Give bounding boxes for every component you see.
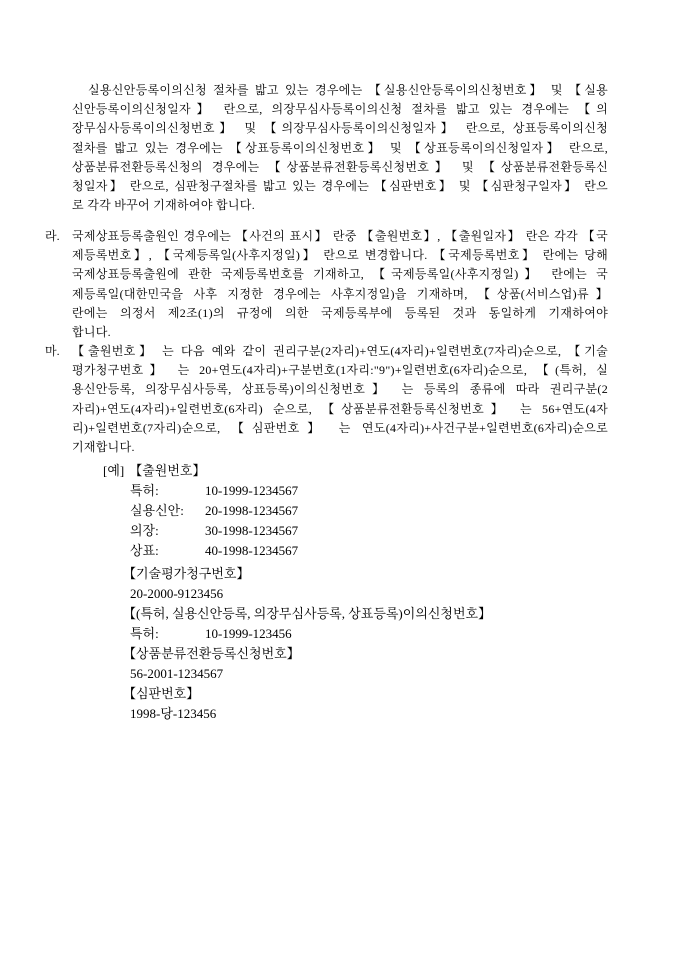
example-group-value: 1998-당-123456 bbox=[103, 704, 491, 724]
text-line: 기재합니다. bbox=[72, 438, 608, 457]
text-line: 로 각각 바꾸어 기재하여야 합니다. bbox=[72, 196, 608, 215]
list-item-label: 라. bbox=[45, 227, 60, 246]
example-row-value: 10-1999-123456 bbox=[205, 626, 292, 641]
example-group-value: 20-2000-9123456 bbox=[103, 584, 491, 604]
list-item-label: 마. bbox=[45, 342, 60, 361]
example-row: 상표:40-1998-1234567 bbox=[103, 541, 491, 561]
text-line: 제등록일(대한민국을 사후 지정한 경우에는 사후지정일)을 기재하며, 【상품… bbox=[72, 285, 608, 304]
text-line: 장무심사등록이의신청번호】 및 【의장무심사등록이의신청일자】 란으로, 상표등… bbox=[72, 119, 608, 138]
example-group-title: 【심판번호】 bbox=[103, 684, 491, 704]
example-prefix: [예] bbox=[103, 463, 124, 478]
example-row: 의장:30-1998-1234567 bbox=[103, 521, 491, 541]
text-line: 합니다. bbox=[72, 323, 608, 342]
list-item-ma: 마. 【출원번호】 는 다음 예와 같이 권리구분(2자리)+연도(4자리)+일… bbox=[72, 342, 608, 457]
example-row: 특허:10-1999-123456 bbox=[103, 624, 491, 644]
text-line: 국제상표등록출원인 경우에는 【사건의 표시】 란중 【출원번호】, 【출원일자… bbox=[72, 227, 608, 246]
example-group-title: 【기술평가청구번호】 bbox=[103, 564, 491, 584]
document-page: 실용신안등록이의신청 절차를 밟고 있는 경우에는 【실용신안등록이의신청번호】… bbox=[0, 0, 680, 962]
text-line: 용신안등록, 의장무심사등록, 상표등록)이의신청번호】 는 등록의 종류에 따… bbox=[72, 380, 608, 399]
text-line: 청일자】 란으로, 심판청구절차를 밟고 있는 경우에는 【심판번호】 및 【심… bbox=[72, 177, 608, 196]
text-line: 신안등록이의신청일자】 란으로, 의장무심사등록이의신청 절차를 밟고 있는 경… bbox=[72, 100, 608, 119]
example-row: 실용신안:20-1998-1234567 bbox=[103, 501, 491, 521]
paragraph-continuation: 실용신안등록이의신청 절차를 밟고 있는 경우에는 【실용신안등록이의신청번호】… bbox=[72, 81, 608, 215]
example-group-title: 【출원번호】 bbox=[129, 463, 205, 478]
example-header: [예]【출원번호】 bbox=[103, 461, 491, 481]
example-row-label: 상표: bbox=[130, 541, 205, 561]
example-block: [예]【출원번호】 특허:10-1999-1234567 실용신안:20-199… bbox=[103, 461, 491, 724]
text-line: 란에는 의정서 제2조(1)의 규정에 의한 국제등록부에 등록된 것과 동일하… bbox=[72, 304, 608, 323]
list-item-ra: 라. 국제상표등록출원인 경우에는 【사건의 표시】 란중 【출원번호】, 【출… bbox=[72, 227, 608, 342]
text-line: 평가청구번호】 는 20+연도(4자리)+구분번호(1자리:"9")+일련번호(… bbox=[72, 361, 608, 380]
example-row-label: 실용신안: bbox=[130, 501, 205, 521]
text-line: 국제상표등록출원에 관한 국제등록번호를 기재하고, 【국제등록일(사후지정일)… bbox=[72, 265, 608, 284]
text-line: 제등록번호】, 【국제등록일(사후지정일)】 란으로 변경합니다. 【국제등록번… bbox=[72, 246, 608, 265]
example-row-value: 10-1999-1234567 bbox=[205, 483, 298, 498]
example-row-value: 40-1998-1234567 bbox=[205, 543, 298, 558]
example-row: 특허:10-1999-1234567 bbox=[103, 481, 491, 501]
text-line: 상품분류전환등록신청의 경우에는 【상품분류전환등록신청번호】 및 【상품분류전… bbox=[72, 158, 608, 177]
example-row-value: 30-1998-1234567 bbox=[205, 523, 298, 538]
example-row-label: 특허: bbox=[130, 624, 205, 644]
example-group-value: 56-2001-1234567 bbox=[103, 664, 491, 684]
example-row-label: 특허: bbox=[130, 481, 205, 501]
text-line: 【출원번호】 는 다음 예와 같이 권리구분(2자리)+연도(4자리)+일련번호… bbox=[72, 342, 608, 361]
example-group-title: 【상품분류전환등록신청번호】 bbox=[103, 644, 491, 664]
example-row-value: 20-1998-1234567 bbox=[205, 503, 298, 518]
text-line: 실용신안등록이의신청 절차를 밟고 있는 경우에는 【실용신안등록이의신청번호】… bbox=[72, 81, 608, 100]
text-line: 자리)+연도(4자리)+일련번호(6자리) 순으로, 【상품분류전환등록신청번호… bbox=[72, 400, 608, 419]
example-row-label: 의장: bbox=[130, 521, 205, 541]
text-line: 절차를 밟고 있는 경우에는 【상표등록이의신청번호】 및 【상표등록이의신청일… bbox=[72, 139, 608, 158]
example-group-title: 【(특허, 실용신안등록, 의장무심사등록, 상표등록)이의신청번호】 bbox=[103, 604, 491, 624]
text-line: 리)+일련번호(7자리)순으로, 【심판번호】 는 연도(4자리)+사건구분+일… bbox=[72, 419, 608, 438]
